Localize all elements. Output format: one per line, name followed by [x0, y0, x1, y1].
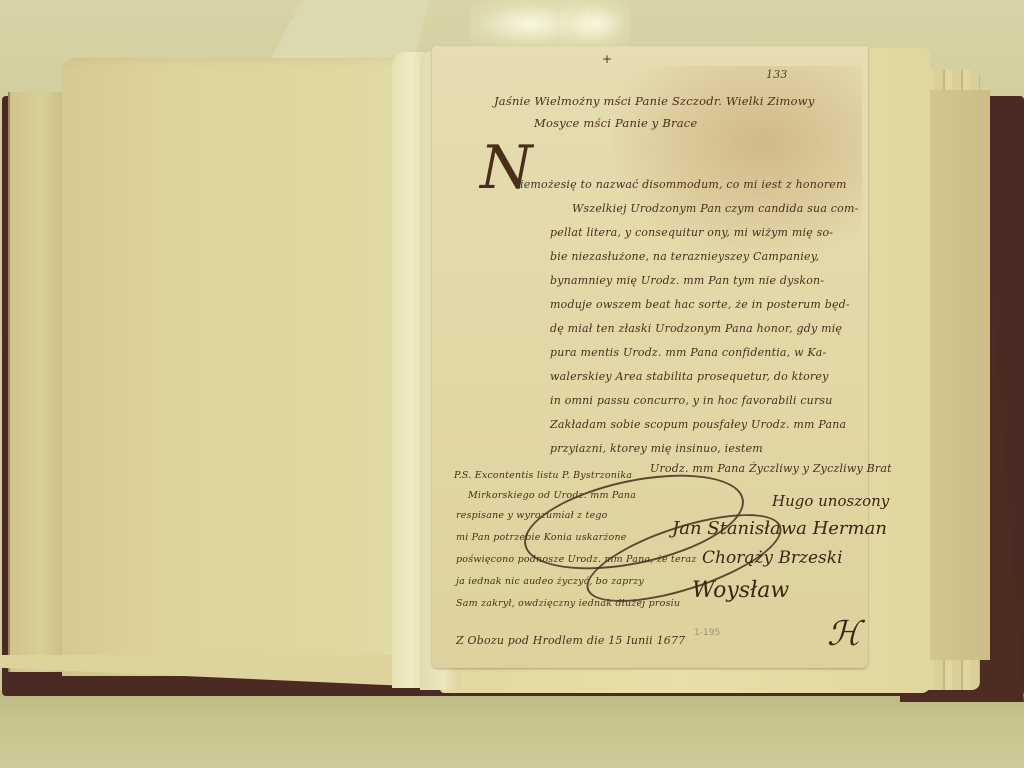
body-line: walerskiey Area stabilita prosequetur, d… [550, 370, 828, 383]
body-line: przyiazni, ktorey mię insinuo, iestem [550, 442, 763, 455]
salutation-line: Mosyce mści Panie y Brace [494, 112, 815, 134]
pencil-foliation: 1-195 [694, 628, 720, 638]
dateline: Z Obozu pod Hrodlem die 15 Iunii 1677 [456, 634, 685, 647]
paraph-mark: ℋ [827, 614, 861, 654]
body-line: bie niezasłużone, na teraznieyszey Campa… [550, 250, 819, 263]
body-line: iemożesię to nazwać disommodum, co mi ie… [520, 178, 847, 191]
signature-line: Jan Stanisława Herman [672, 518, 887, 539]
body-line: dę miał ten złaski Urodzonym Pana honor,… [550, 322, 842, 335]
body-line: pellat litera, y consequitur ony, mi wiż… [550, 226, 833, 239]
folio-number: 133 [766, 68, 788, 81]
signature-line: Hugo unoszony [772, 492, 889, 510]
signature-line: Chorąży Brzeski [702, 548, 843, 568]
manuscript-letter: + 133 Jaśnie Wielmożny mści Panie Szczod… [432, 46, 868, 668]
signature-block: Hugo unoszony Jan Stanisława Herman Chor… [682, 456, 862, 656]
salutation: Jaśnie Wielmożny mści Panie Szczodr. Wie… [494, 90, 815, 134]
loose-paper-background [270, 0, 430, 60]
right-page-stack-inner [930, 90, 990, 660]
body-line: moduje owszem beat hac sorte, że in post… [550, 298, 850, 311]
postscript-line: P.S. Excontentis listu P. Bystrzonika [454, 470, 632, 481]
left-page-blank [62, 58, 422, 676]
body-line: Wszelkiej Urodzonym Pan czym candida sua… [572, 202, 859, 215]
signature-line: Woysław [692, 578, 789, 603]
cross-mark: + [602, 52, 612, 66]
light-glare [560, 0, 630, 48]
salutation-line: Jaśnie Wielmożny mści Panie Szczodr. Wie… [494, 90, 815, 112]
body-line: Zakładam sobie scopum pousfałey Urodz. m… [550, 418, 846, 431]
body-line: bynamniey mię Urodz. mm Pan tym nie dysk… [550, 274, 824, 287]
body-line: in omni passu concurro, y in hoc favorab… [550, 394, 833, 407]
body-line: pura mentis Urodz. mm Pana confidentia, … [550, 346, 826, 359]
table-surface [0, 690, 1024, 768]
